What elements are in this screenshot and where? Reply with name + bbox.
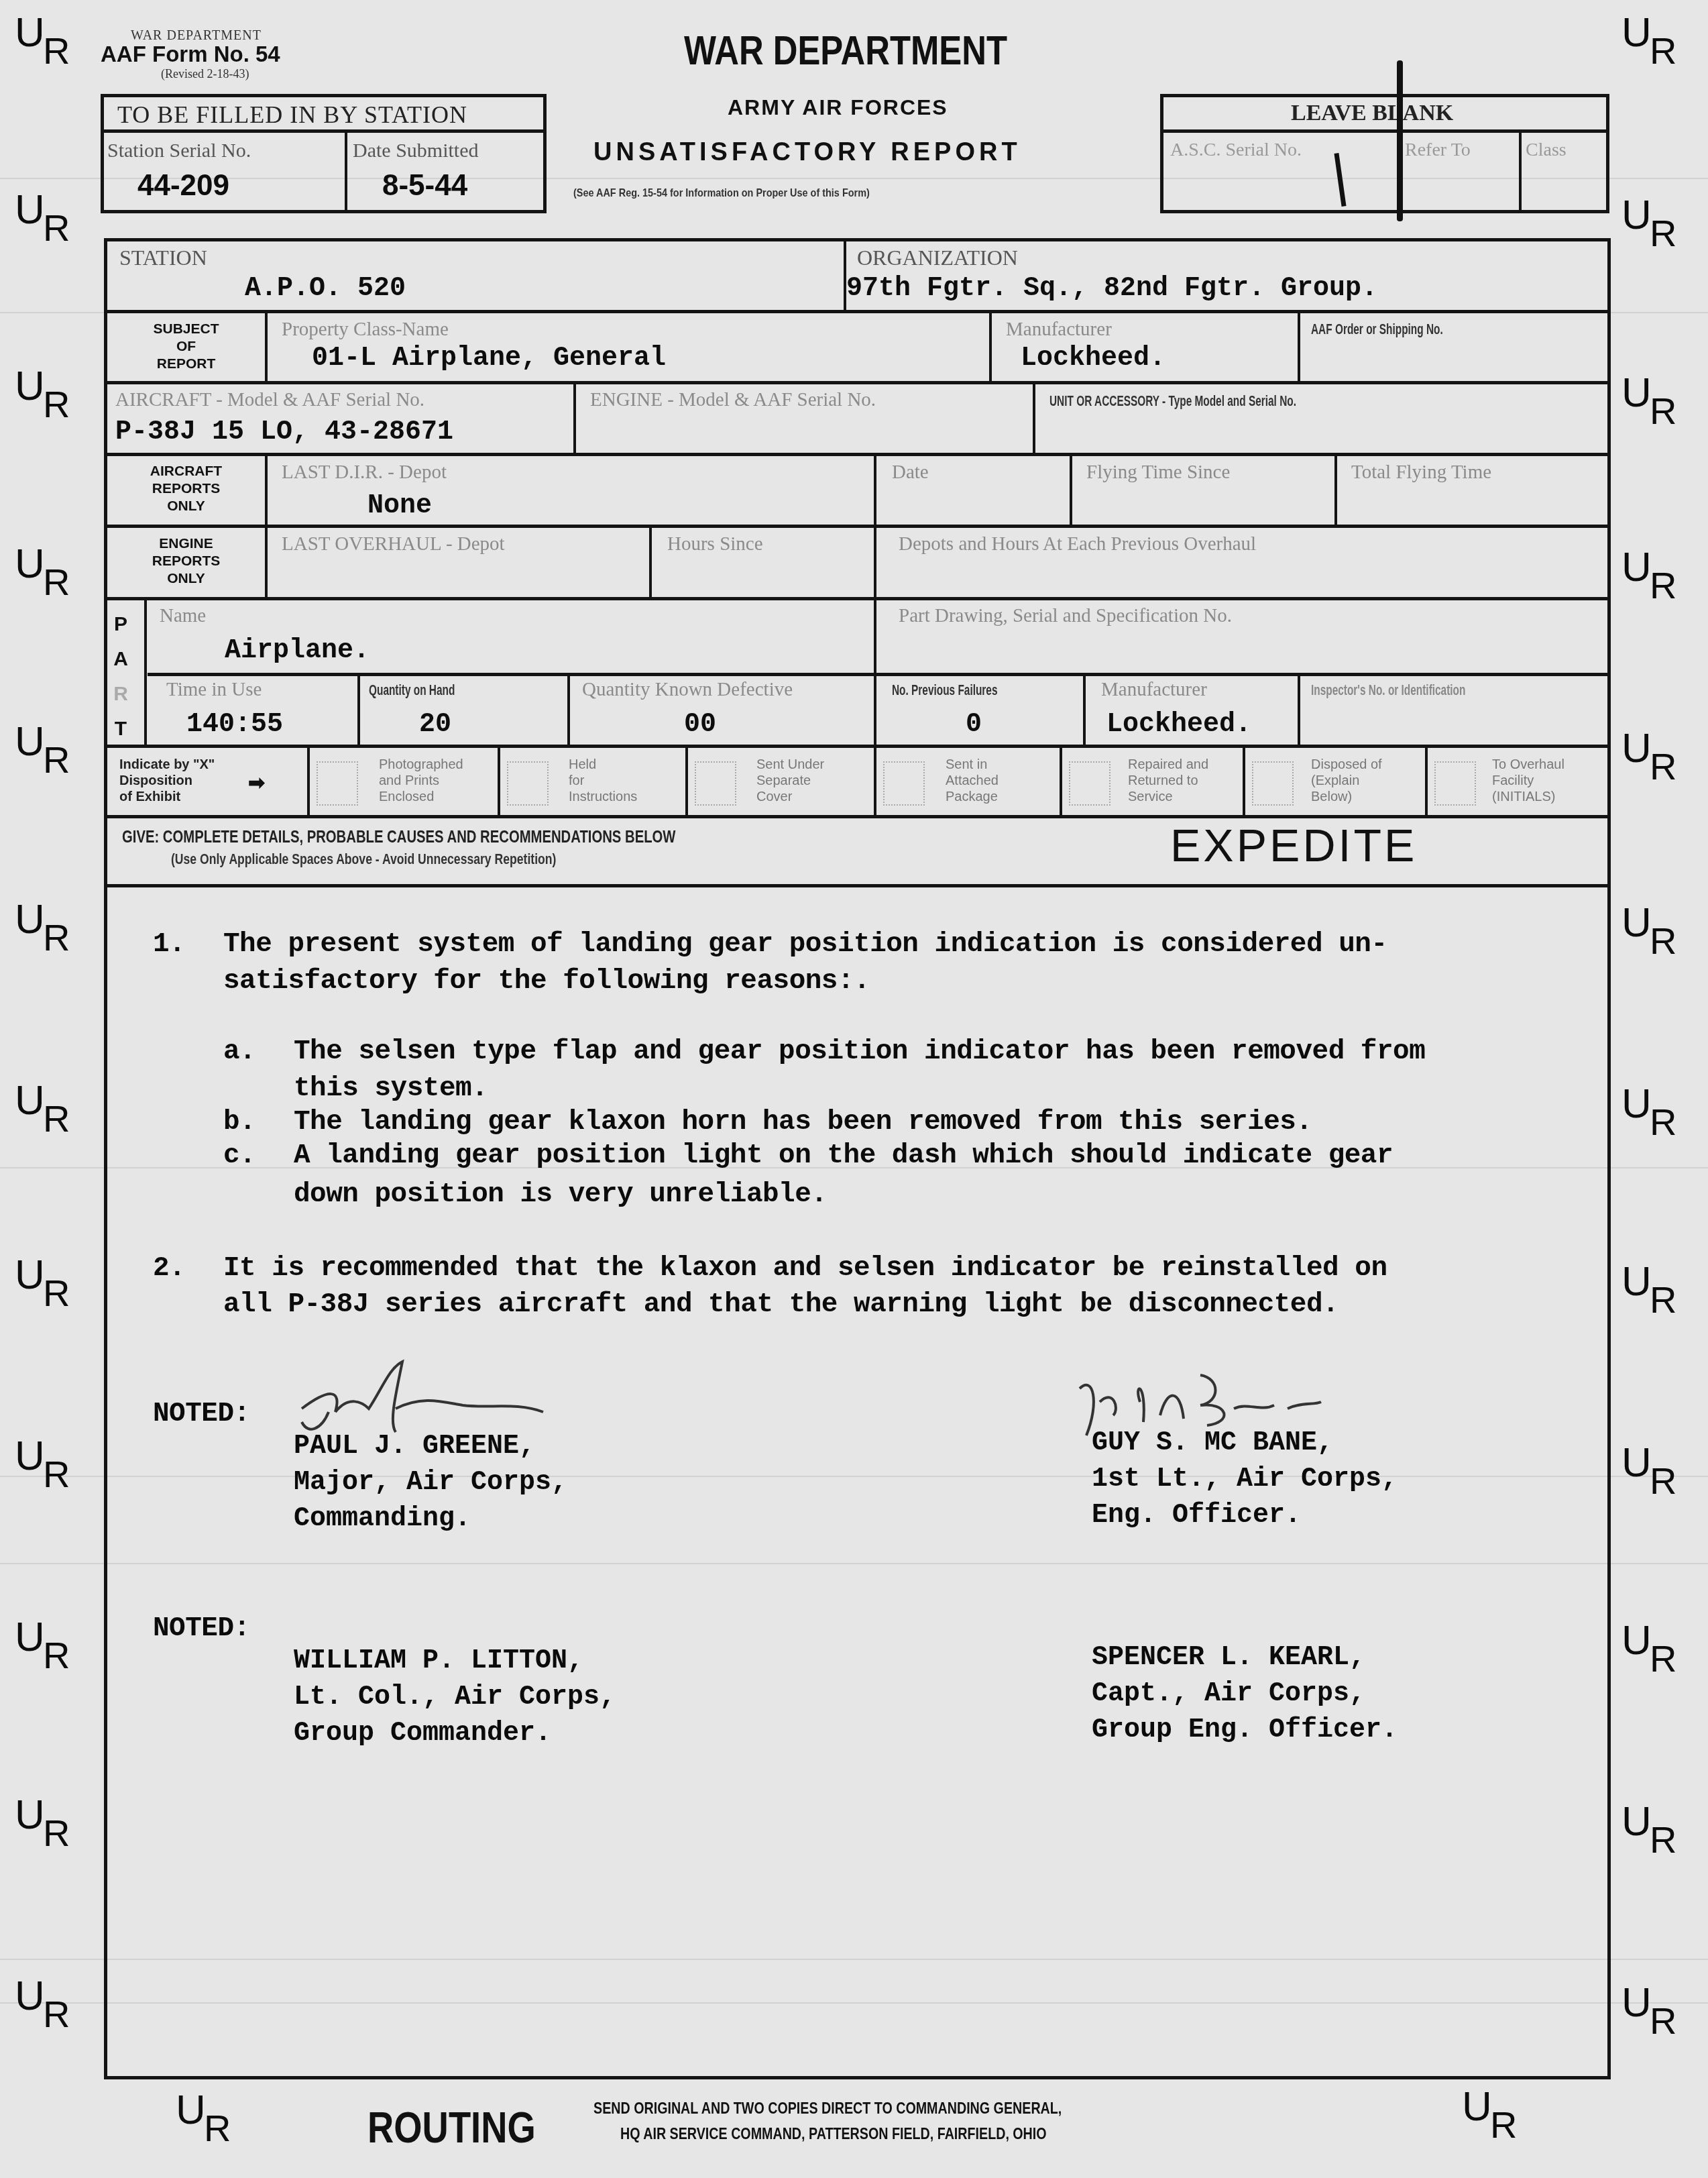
time-in-use-value: 140:55 xyxy=(186,710,283,740)
depots-hours-label: Depots and Hours At Each Previous Overha… xyxy=(899,533,1256,555)
divider xyxy=(1243,748,1245,815)
qty-on-hand-value: 20 xyxy=(419,710,451,740)
routing-line-1: SEND ORIGINAL AND TWO COPIES DIRECT TO C… xyxy=(593,2100,1062,2118)
form-number: AAF Form No. 54 xyxy=(101,42,280,67)
divider xyxy=(1298,313,1300,381)
divider xyxy=(567,676,570,745)
ur-margin-mark: UR xyxy=(15,1975,75,2036)
disposition-checkbox-held[interactable] xyxy=(507,761,549,806)
divider xyxy=(1334,456,1337,525)
last-overhaul-label: LAST OVERHAUL - Depot xyxy=(282,533,505,555)
leave-blank-heading: LEAVE BLANK xyxy=(1291,101,1453,126)
paragraph-1-line-2: satisfactory for the following reasons:. xyxy=(223,966,870,997)
paragraph-2-number: 2. xyxy=(153,1253,185,1284)
divider xyxy=(107,884,1607,887)
divider xyxy=(874,748,876,815)
disposition-option-held: HeldforInstructions xyxy=(569,757,637,805)
hours-since-label: Hours Since xyxy=(667,533,763,555)
divider xyxy=(107,597,1607,600)
aircraft-model-value: P-38J 15 LO, 43-28671 xyxy=(115,417,453,447)
qty-defective-value: 00 xyxy=(684,710,716,740)
signer-mcbane: GUY S. MC BANE, 1st Lt., Air Corps, Eng.… xyxy=(1092,1425,1398,1534)
ur-margin-mark: UR xyxy=(1621,1801,1682,1861)
page-title: WAR DEPARTMENT xyxy=(684,27,1007,74)
station-serial-label: Station Serial No. xyxy=(107,140,251,162)
station-box-heading: TO BE FILLED IN BY STATION xyxy=(117,101,467,129)
last-dir-value: None xyxy=(367,491,432,521)
flying-time-since-label: Flying Time Since xyxy=(1086,461,1230,484)
station-serial-value: 44-209 xyxy=(137,169,229,203)
item-c-line-1: A landing gear position light on the das… xyxy=(294,1140,1393,1171)
divider xyxy=(1163,129,1606,133)
divider xyxy=(1519,132,1522,211)
aircraft-reports-side-label: AIRCRAFT REPORTS ONLY xyxy=(107,463,265,515)
ur-margin-mark: UR xyxy=(15,1617,75,1677)
part-manufacturer-label: Manufacturer xyxy=(1101,679,1207,701)
ur-margin-mark: UR xyxy=(15,1794,75,1855)
details-heading: GIVE: COMPLETE DETAILS, PROBABLE CAUSES … xyxy=(122,826,675,847)
ur-margin-mark: UR xyxy=(1621,1982,1682,2043)
item-c-line-2: down position is very unreliable. xyxy=(294,1179,827,1210)
prev-failures-label: No. Previous Failures xyxy=(892,682,997,699)
disposition-checkbox-attached-package[interactable] xyxy=(883,761,925,806)
divider xyxy=(1060,748,1062,815)
item-a-line-2: this system. xyxy=(294,1073,488,1104)
part-side-label: P A R T xyxy=(107,607,134,747)
qty-on-hand-label: Quantity on Hand xyxy=(369,682,455,699)
part-name-label: Name xyxy=(160,605,206,627)
form-revised: (Revised 2-18-43) xyxy=(161,67,249,81)
ur-margin-mark: UR xyxy=(15,1080,75,1140)
ur-margin-mark: UR xyxy=(1621,195,1682,255)
ur-margin-mark: UR xyxy=(15,543,75,604)
divider xyxy=(307,748,310,815)
date-submitted-label: Date Submitted xyxy=(353,140,478,162)
divider xyxy=(1033,384,1035,453)
paragraph-1-line-1: The present system of landing gear posit… xyxy=(223,929,1387,960)
divider xyxy=(148,673,1607,676)
date-submitted-value: 8-5-44 xyxy=(382,169,467,203)
divider xyxy=(874,456,876,525)
disposition-option-disposed: Disposed of(ExplainBelow) xyxy=(1311,757,1382,805)
engine-reports-side-label: ENGINE REPORTS ONLY xyxy=(107,535,265,588)
station-value: A.P.O. 520 xyxy=(245,274,406,304)
engine-model-label: ENGINE - Model & AAF Serial No. xyxy=(590,389,876,411)
divider xyxy=(107,453,1607,456)
time-in-use-label: Time in Use xyxy=(166,679,262,701)
paragraph-2-line-2: all P-38J series aircraft and that the w… xyxy=(223,1289,1339,1320)
divider xyxy=(685,748,688,815)
ur-margin-mark: UR xyxy=(1621,1620,1682,1680)
subject-manufacturer-value: Lockheed. xyxy=(1021,343,1165,374)
divider xyxy=(1298,676,1300,745)
class-label: Class xyxy=(1526,140,1567,161)
divider xyxy=(107,381,1607,384)
ur-margin-mark: UR xyxy=(1621,728,1682,788)
ur-margin-mark: UR xyxy=(15,1254,75,1315)
divider xyxy=(1083,676,1086,745)
subject-manufacturer-label: Manufacturer xyxy=(1006,319,1112,341)
aircraft-model-label: AIRCRAFT - Model & AAF Serial No. xyxy=(115,389,424,411)
disposition-checkbox-repaired[interactable] xyxy=(1069,761,1111,806)
part-manufacturer-value: Lockheed. xyxy=(1106,710,1251,740)
disposition-checkbox-separate-cover[interactable] xyxy=(695,761,736,806)
ur-routing-mark: UR xyxy=(176,2089,236,2150)
ur-margin-mark: UR xyxy=(1621,1261,1682,1321)
signer-litton: WILLIAM P. LITTON, Lt. Col., Air Corps, … xyxy=(294,1643,616,1752)
disposition-option-attached-package: Sent inAttachedPackage xyxy=(946,757,999,805)
subject-side-label: SUBJECT OF REPORT xyxy=(107,321,265,373)
ur-margin-mark: UR xyxy=(15,366,75,426)
disposition-indicate-label: Indicate by "X" Disposition of Exhibit xyxy=(119,757,215,805)
divider xyxy=(107,745,1607,748)
noted-label-1: NOTED: xyxy=(153,1399,250,1429)
routing-line-2: HQ AIR SERVICE COMMAND, PATTERSON FIELD,… xyxy=(620,2125,1047,2144)
signer-kearl: SPENCER L. KEARL, Capt., Air Corps, Grou… xyxy=(1092,1640,1398,1749)
property-class-value: 01-L Airplane, General xyxy=(312,343,666,374)
divider xyxy=(1070,456,1072,525)
ur-margin-mark: UR xyxy=(15,189,75,250)
ur-margin-mark: UR xyxy=(15,721,75,781)
ur-margin-mark: UR xyxy=(15,899,75,959)
routing-label: ROUTING xyxy=(367,2103,536,2153)
disposition-option-photographed: Photographedand PrintsEnclosed xyxy=(379,757,463,805)
divider xyxy=(107,815,1607,818)
part-name-value: Airplane. xyxy=(225,636,369,666)
divider xyxy=(104,129,543,133)
prev-failures-value: 0 xyxy=(966,710,982,740)
pen-mark xyxy=(1397,60,1403,221)
station-label: STATION xyxy=(119,246,207,270)
ur-margin-mark: UR xyxy=(1621,1083,1682,1144)
disposition-checkbox-disposed[interactable] xyxy=(1252,761,1294,806)
details-subheading: (Use Only Applicable Spaces Above - Avoi… xyxy=(171,851,556,868)
arrow-right-icon: ➡ xyxy=(248,771,265,795)
property-class-label: Property Class-Name xyxy=(282,319,449,341)
divider xyxy=(265,528,268,597)
divider xyxy=(357,676,360,745)
asc-serial-label: A.S.C. Serial No. xyxy=(1170,140,1302,161)
signature-greene xyxy=(288,1348,610,1442)
divider xyxy=(989,313,992,381)
disposition-checkbox-overhaul[interactable] xyxy=(1434,761,1476,806)
qty-defective-label: Quantity Known Defective xyxy=(582,679,793,701)
order-shipping-label: AAF Order or Shipping No. xyxy=(1311,321,1443,338)
ur-routing-mark: UR xyxy=(1462,2086,1522,2146)
disposition-option-overhaul: To OverhaulFacility(INITIALS) xyxy=(1492,757,1564,805)
refer-to-label: Refer To xyxy=(1405,140,1471,161)
dir-date-label: Date xyxy=(892,461,929,484)
divider xyxy=(874,528,876,597)
disposition-checkbox-photographed[interactable] xyxy=(317,761,358,806)
last-dir-label: LAST D.I.R. - Depot xyxy=(282,461,447,484)
ur-margin-mark: UR xyxy=(1621,12,1682,72)
item-a-line-1: The selsen type flap and gear position i… xyxy=(294,1036,1425,1067)
ur-margin-mark: UR xyxy=(1621,902,1682,963)
ur-margin-mark: UR xyxy=(15,1435,75,1496)
organization-value: 97th Fgtr. Sq., 82nd Fgtr. Group. xyxy=(846,274,1377,304)
divider xyxy=(345,132,347,211)
divider xyxy=(144,600,147,745)
divider xyxy=(1425,748,1428,815)
item-a-letter: a. xyxy=(223,1036,255,1067)
paragraph-2-line-1: It is recommended that the klaxon and se… xyxy=(223,1253,1387,1284)
expedite-stamp: EXPEDITE xyxy=(1170,820,1417,872)
divider xyxy=(573,384,576,453)
ur-margin-mark: UR xyxy=(1621,1442,1682,1503)
page-subtitle: ARMY AIR FORCES xyxy=(728,95,948,120)
report-title: UNSATISFACTORY REPORT xyxy=(593,138,1021,167)
divider xyxy=(498,748,500,815)
item-b-letter: b. xyxy=(223,1107,255,1138)
signer-greene: PAUL J. GREENE, Major, Air Corps, Comman… xyxy=(294,1429,567,1537)
total-flying-time-label: Total Flying Time xyxy=(1351,461,1491,484)
noted-label-2: NOTED: xyxy=(153,1613,250,1644)
ur-margin-mark: UR xyxy=(1621,547,1682,607)
divider xyxy=(649,528,652,597)
item-b-line-1: The landing gear klaxon horn has been re… xyxy=(294,1107,1312,1138)
inspector-label: Inspector's No. or Identification xyxy=(1311,682,1465,699)
divider xyxy=(107,525,1607,528)
ur-margin-mark: UR xyxy=(15,12,75,72)
divider xyxy=(265,313,268,381)
disposition-option-repaired: Repaired andReturned toService xyxy=(1128,757,1208,805)
unit-accessory-label: UNIT OR ACCESSORY - Type Model and Seria… xyxy=(1049,392,1296,410)
part-drawing-label: Part Drawing, Serial and Specification N… xyxy=(899,605,1232,627)
ur-margin-mark: UR xyxy=(1621,372,1682,433)
paragraph-1-number: 1. xyxy=(153,929,185,960)
form-instruction: (See AAF Reg. 15-54 for Information on P… xyxy=(573,186,870,200)
organization-label: ORGANIZATION xyxy=(857,246,1018,270)
divider xyxy=(265,456,268,525)
disposition-option-separate-cover: Sent UnderSeparateCover xyxy=(756,757,824,805)
item-c-letter: c. xyxy=(223,1140,255,1171)
divider xyxy=(107,310,1607,313)
